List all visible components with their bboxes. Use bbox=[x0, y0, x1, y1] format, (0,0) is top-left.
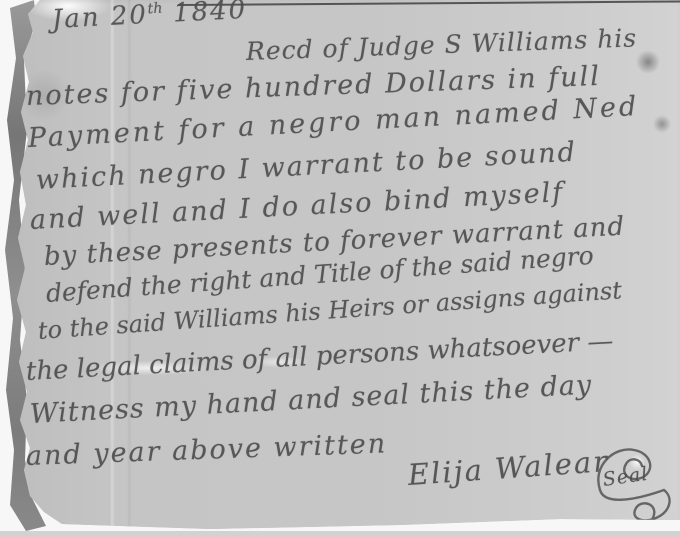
top-crease-line bbox=[178, 0, 680, 6]
date-day: Jan 20 bbox=[51, 0, 148, 35]
seal-flourish-icon bbox=[586, 438, 680, 537]
scanned-document-page: Jan 20th 1840 Recd of Judge S Williams h… bbox=[0, 0, 680, 537]
signature: Elija Walear bbox=[407, 446, 610, 492]
date-line: Jan 20th 1840 bbox=[51, 0, 248, 35]
scanner-bed-strip bbox=[0, 531, 680, 537]
paper-sheet: Jan 20th 1840 Recd of Judge S Williams h… bbox=[0, 0, 680, 537]
date-ordinal-suffix: th bbox=[147, 1, 163, 18]
date-year: 1840 bbox=[162, 0, 248, 29]
handwritten-line: and year above written bbox=[25, 429, 387, 471]
handwritten-line: Recd of Judge S Williams his bbox=[246, 24, 638, 65]
